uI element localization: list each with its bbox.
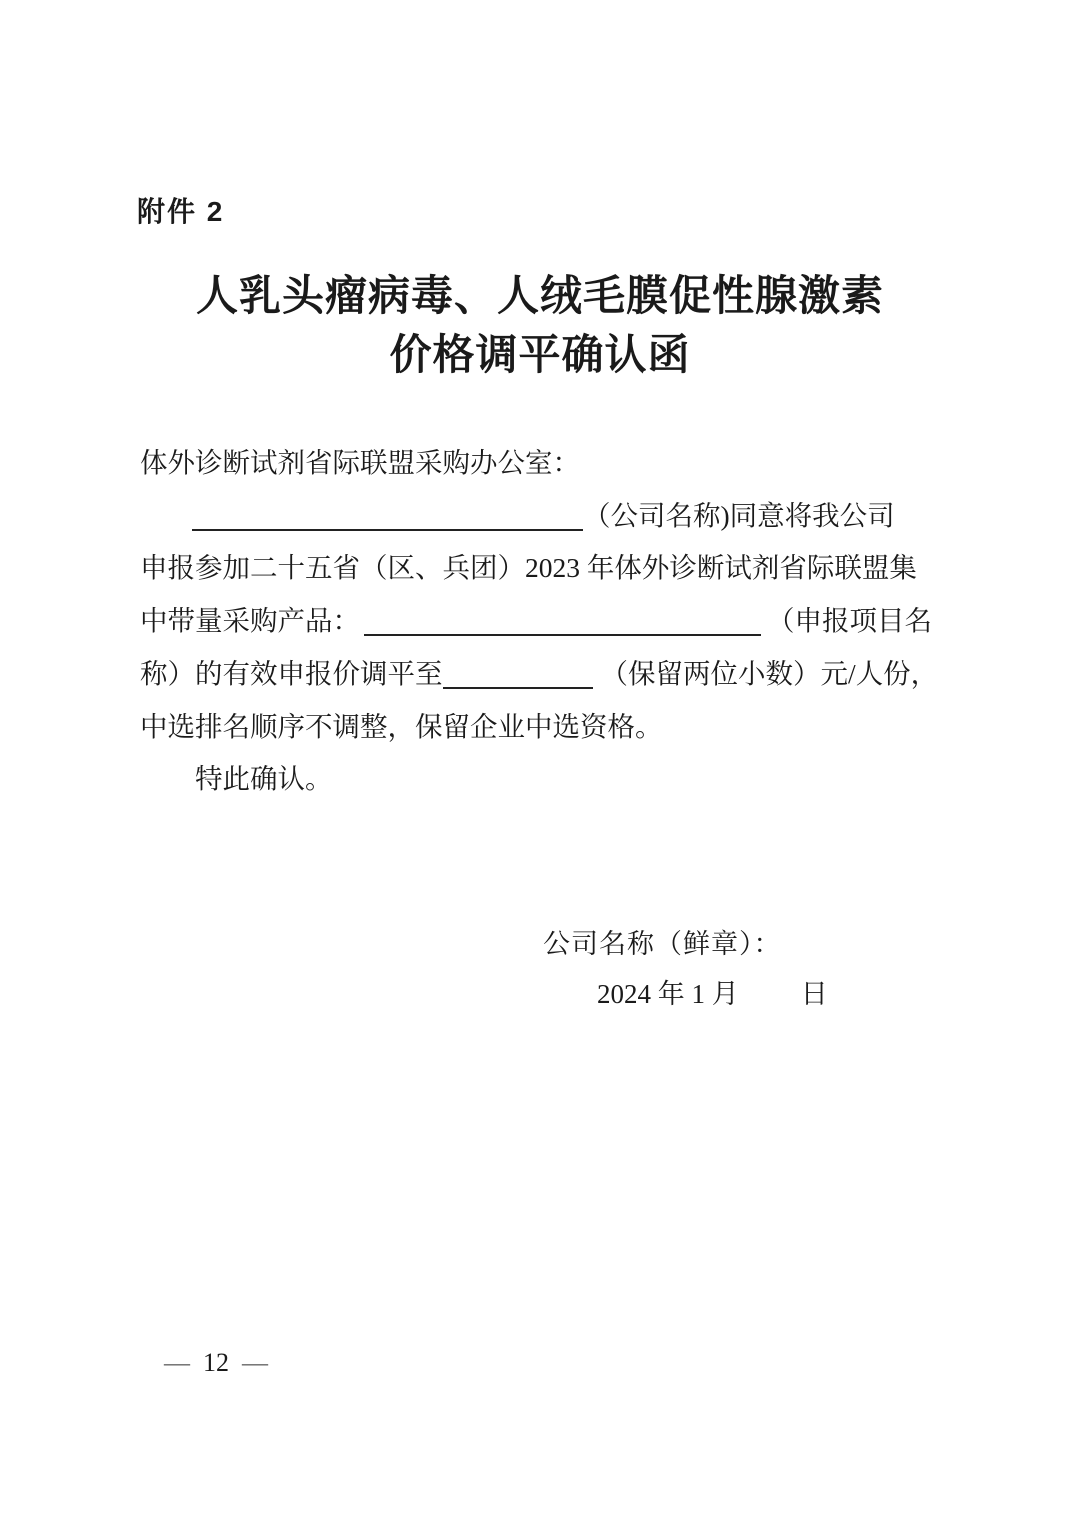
footer-page-number: 12 (203, 1348, 229, 1377)
footer-left-dash: — (164, 1348, 190, 1377)
project-name-blank (364, 602, 761, 636)
company-name-line: （公司名称)同意将我公司 (140, 490, 958, 543)
ranking-line: 中选排名顺序不调整，保留企业中选资格。 (140, 701, 958, 754)
salutation-line: 体外诊断试剂省际联盟采购办公室： (140, 437, 958, 490)
document-title-line-2: 价格调平确认函 (0, 327, 1080, 386)
document-title: 人乳头瘤病毒、人绒毛膜促性腺激素 价格调平确认函 (0, 268, 1080, 386)
adjusted-price-blank (443, 655, 593, 689)
signature-date-line: 2024 年 1 月日 (597, 972, 828, 1011)
product-line-tail: （申报项目名 (767, 605, 932, 636)
signature-company-label: 公司名称（鲜章）： (543, 922, 782, 961)
signature-date-prefix: 2024 年 1 月 (597, 979, 739, 1009)
filing-line: 申报参加二十五省（区、兵团）2023 年体外诊断试剂省际联盟集 (140, 542, 958, 595)
confirmation-line: 特此确认。 (140, 753, 958, 806)
document-title-line-1: 人乳头瘤病毒、人绒毛膜促性腺激素 (0, 268, 1080, 327)
product-line: 中带量采购产品：（申报项目名 (140, 595, 958, 648)
letter-body: 体外诊断试剂省际联盟采购办公室： （公司名称)同意将我公司 申报参加二十五省（区… (140, 437, 958, 806)
company-name-blank (192, 497, 583, 531)
price-line: 称）的有效申报价调平至（保留两位小数）元/人份， (140, 648, 958, 701)
price-line-tail: （保留两位小数）元/人份， (601, 658, 939, 689)
signature-date-day: 日 (801, 979, 828, 1009)
company-name-line-text: （公司名称)同意将我公司 (583, 500, 895, 531)
attachment-label: 附件 2 (137, 190, 224, 230)
price-line-head: 称）的有效申报价调平至 (140, 658, 443, 689)
footer-right-dash: — (242, 1348, 268, 1377)
document-page: 附件 2 人乳头瘤病毒、人绒毛膜促性腺激素 价格调平确认函 体外诊断试剂省际联盟… (0, 0, 1080, 1527)
page-footer: —12— (164, 1348, 268, 1378)
product-label: 中带量采购产品： (140, 605, 360, 636)
